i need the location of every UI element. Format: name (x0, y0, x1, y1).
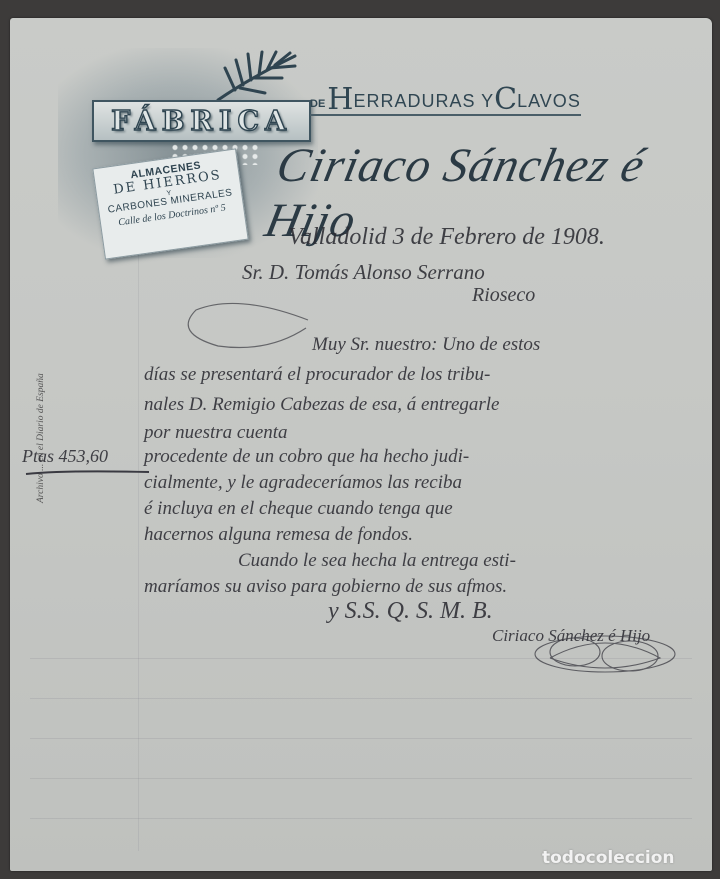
closing: y S.S. Q. S. M. B. (328, 598, 493, 625)
body-line-1: días se presentará el procurador de los … (144, 364, 490, 386)
fabrica-banner: FÁBRICA (92, 100, 311, 142)
signature-rubric-icon (530, 628, 680, 678)
date-line: Valladolid 3 de Febrero de 1908. (288, 224, 605, 251)
amount-underline (24, 466, 154, 480)
margin-line (138, 238, 139, 851)
body-line-4: procedente de un cobro que ha hecho judi… (144, 446, 469, 468)
body-line-3: por nuestra cuenta (144, 422, 288, 444)
palm-leaf-icon (210, 48, 300, 103)
clavos-text: LAVOS (517, 91, 581, 112)
letter-sheet: FÁBRICA ALMACENES DE HIERROS Y CARBONES … (10, 18, 712, 871)
ruled-line (30, 698, 692, 699)
de-label: DE (310, 98, 325, 110)
side-note: Archivo ... en el Diario de España (26, 288, 56, 518)
salutation: Muy Sr. nuestro: Uno de estos (312, 334, 540, 356)
fabrica-title: FÁBRICA (111, 106, 292, 137)
addressee: Sr. D. Tomás Alonso Serrano (242, 260, 485, 285)
ruled-line (30, 738, 692, 739)
initial-c: C (494, 86, 517, 114)
ruled-line (30, 778, 692, 779)
body-line-9: maríamos su aviso para gobierno de sus a… (144, 576, 507, 598)
margin-amount: Ptas 453,60 (22, 446, 108, 467)
body-line-5: cialmente, y le agradeceríamos las recib… (144, 472, 462, 494)
body-line-2: nales D. Remigio Cabezas de esa, á entre… (144, 394, 500, 416)
body-line-6: é incluya en el cheque cuando tenga que (144, 498, 453, 520)
body-line-8: Cuando le sea hecha la entrega esti- (238, 550, 516, 572)
herraduras-text: ERRADURAS Y (353, 91, 494, 112)
watermark-todocoleccion: todocoleccion (542, 848, 675, 868)
salutation-flourish (178, 298, 318, 358)
ruled-line (30, 818, 692, 819)
herraduras-y-clavos-title: DE H ERRADURAS Y C LAVOS (310, 84, 581, 116)
addressee-place: Rioseco (472, 284, 535, 307)
body-line-7: hacernos alguna remesa de fondos. (144, 524, 413, 546)
initial-h: H (327, 86, 353, 114)
